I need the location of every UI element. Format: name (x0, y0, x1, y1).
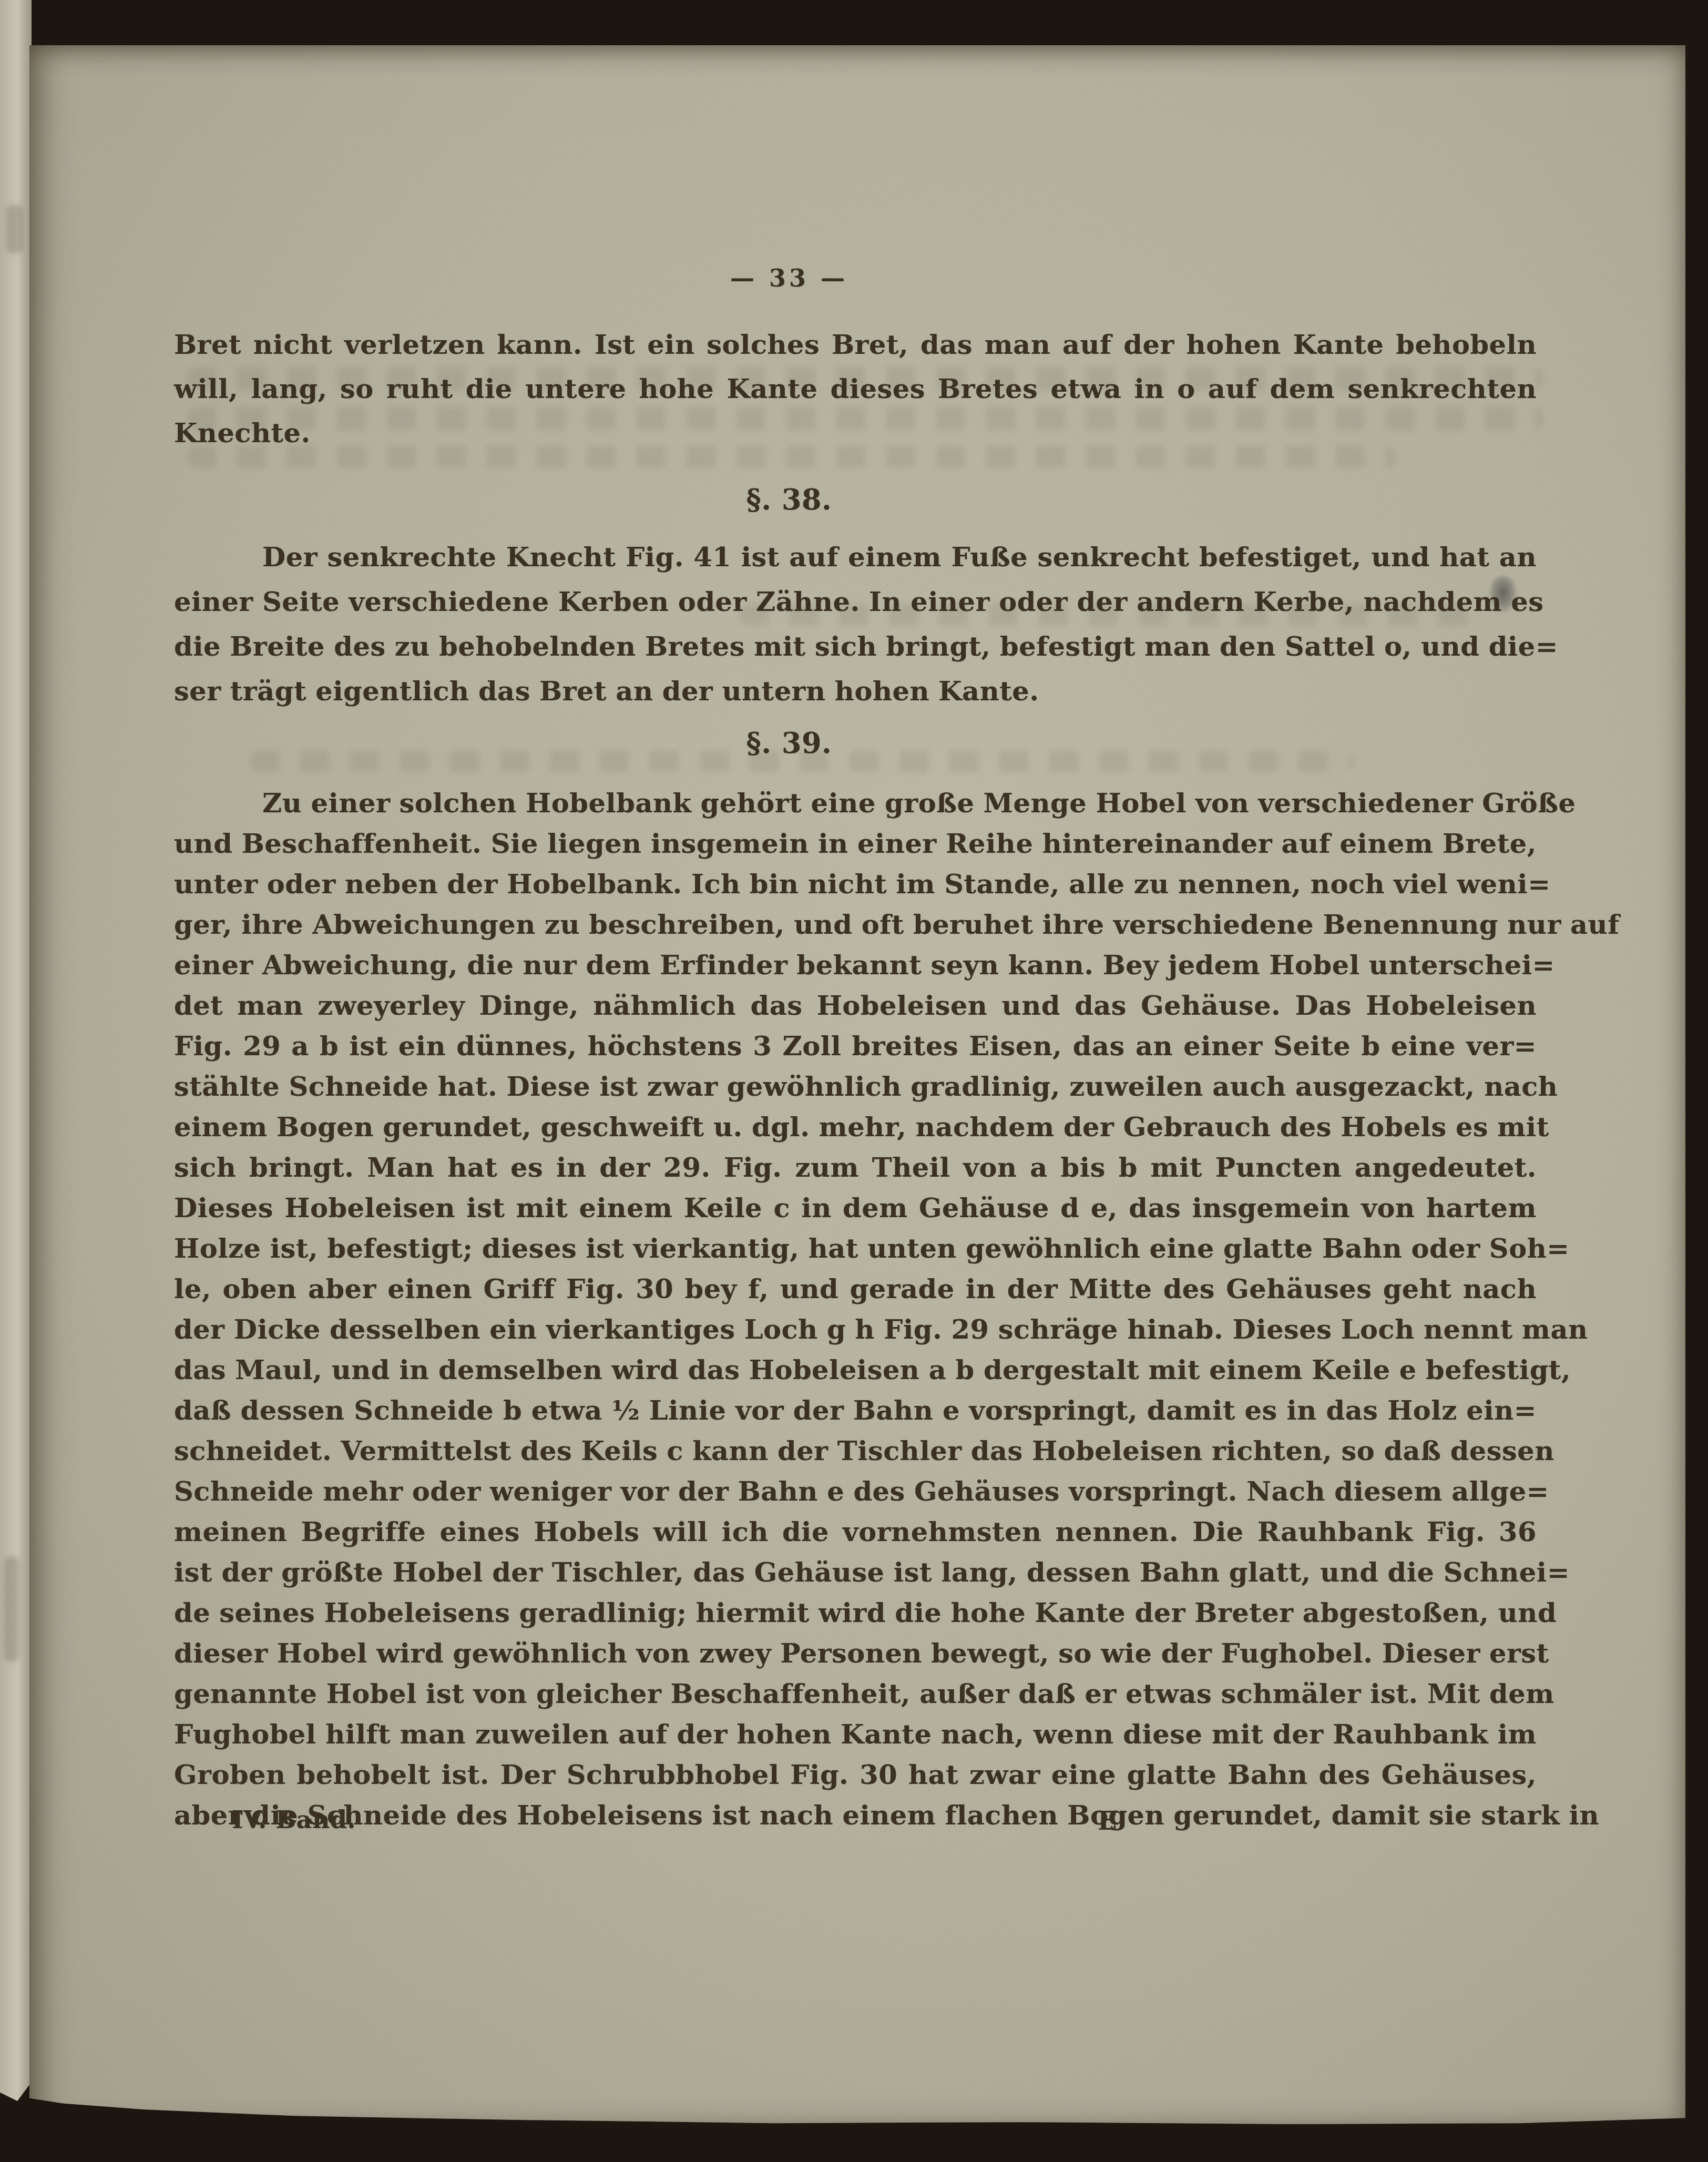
text-line: einem Bogen gerundet, geschweift u. dgl.… (174, 1107, 1537, 1148)
text-line: der Dicke desselben ein vierkantiges Loc… (174, 1310, 1537, 1350)
text-line: einer Seite verschiedene Kerben oder Zäh… (174, 580, 1537, 625)
intro-paragraph: Bret nicht verletzen kann. Ist ein solch… (174, 323, 1537, 455)
text-line: genannte Hobel ist von gleicher Beschaff… (174, 1674, 1537, 1715)
page-sheet: — 33 — Bret nicht verletzen kann. Ist ei… (29, 45, 1685, 2133)
text-line: das Maul, und in demselben wird das Hobe… (174, 1350, 1537, 1391)
text-line: det man zweyerley Dinge, nähmlich das Ho… (174, 986, 1537, 1026)
text-line: de seines Hobeleisens geradlinig; hiermi… (174, 1593, 1537, 1634)
text-line: le, oben aber einen Griff Fig. 30 bey f,… (174, 1269, 1537, 1310)
text-line: Der senkrechte Knecht Fig. 41 ist auf ei… (174, 535, 1537, 580)
page-number: — 33 — (145, 264, 1433, 292)
text-line: will, lang, so ruht die untere hohe Kant… (174, 367, 1537, 411)
text-line: unter oder neben der Hobelbank. Ich bin … (174, 864, 1537, 905)
section-38-heading: §. 38. (145, 483, 1433, 516)
margin-smudge (4, 1556, 19, 1661)
text-line: und Beschaffenheit. Sie liegen insgemein… (174, 824, 1537, 864)
text-line: Holze ist, befestigt; dieses ist vierkan… (174, 1229, 1537, 1269)
page-left-edge (0, 0, 32, 2112)
text-line: die Breite des zu behobelnden Bretes mit… (174, 625, 1537, 669)
footer-volume-label: IV. Band. (232, 1806, 356, 1834)
text-line: Fig. 29 a b ist ein dünnes, höchstens 3 … (174, 1026, 1537, 1067)
text-line: schneidet. Vermittelst des Keils c kann … (174, 1431, 1537, 1472)
text-line: Bret nicht verletzen kann. Ist ein solch… (174, 323, 1537, 367)
text-line: Knechte. (174, 411, 1537, 455)
text-line: aber die Schneide des Hobeleisens ist na… (174, 1796, 1537, 1836)
text-line: dieser Hobel wird gewöhnlich von zwey Pe… (174, 1634, 1537, 1674)
text-line: Zu einer solchen Hobelbank gehört eine g… (174, 783, 1537, 824)
scanned-book-page: — 33 — Bret nicht verletzen kann. Ist ei… (0, 0, 1708, 2162)
text-line: einer Abweichung, die nur dem Erfinder b… (174, 945, 1537, 986)
margin-smudge (6, 205, 23, 253)
section-39-paragraph: Zu einer solchen Hobelbank gehört eine g… (174, 783, 1537, 1836)
section-39-heading: §. 39. (145, 726, 1433, 760)
text-line: ser trägt eigentlich das Bret an der unt… (174, 669, 1537, 714)
section-38-paragraph: Der senkrechte Knecht Fig. 41 ist auf ei… (174, 535, 1537, 714)
text-line: Groben behobelt ist. Der Schrubbhobel Fi… (174, 1755, 1537, 1796)
text-line: meinen Begriffe eines Hobels will ich di… (174, 1512, 1537, 1553)
text-line: daß dessen Schneide b etwa ½ Linie vor d… (174, 1391, 1537, 1431)
text-line: Schneide mehr oder weniger vor der Bahn … (174, 1472, 1537, 1512)
text-line: sich bringt. Man hat es in der 29. Fig. … (174, 1148, 1537, 1188)
text-line: stählte Schneide hat. Diese ist zwar gew… (174, 1067, 1537, 1107)
text-line: Fughobel hilft man zuweilen auf der hohe… (174, 1715, 1537, 1755)
sheet-signature-mark: E (1098, 1807, 1117, 1836)
text-line: Dieses Hobeleisen ist mit einem Keile c … (174, 1188, 1537, 1229)
text-line: ist der größte Hobel der Tischler, das G… (174, 1553, 1537, 1593)
text-line: ger, ihre Abweichungen zu beschreiben, u… (174, 905, 1537, 945)
